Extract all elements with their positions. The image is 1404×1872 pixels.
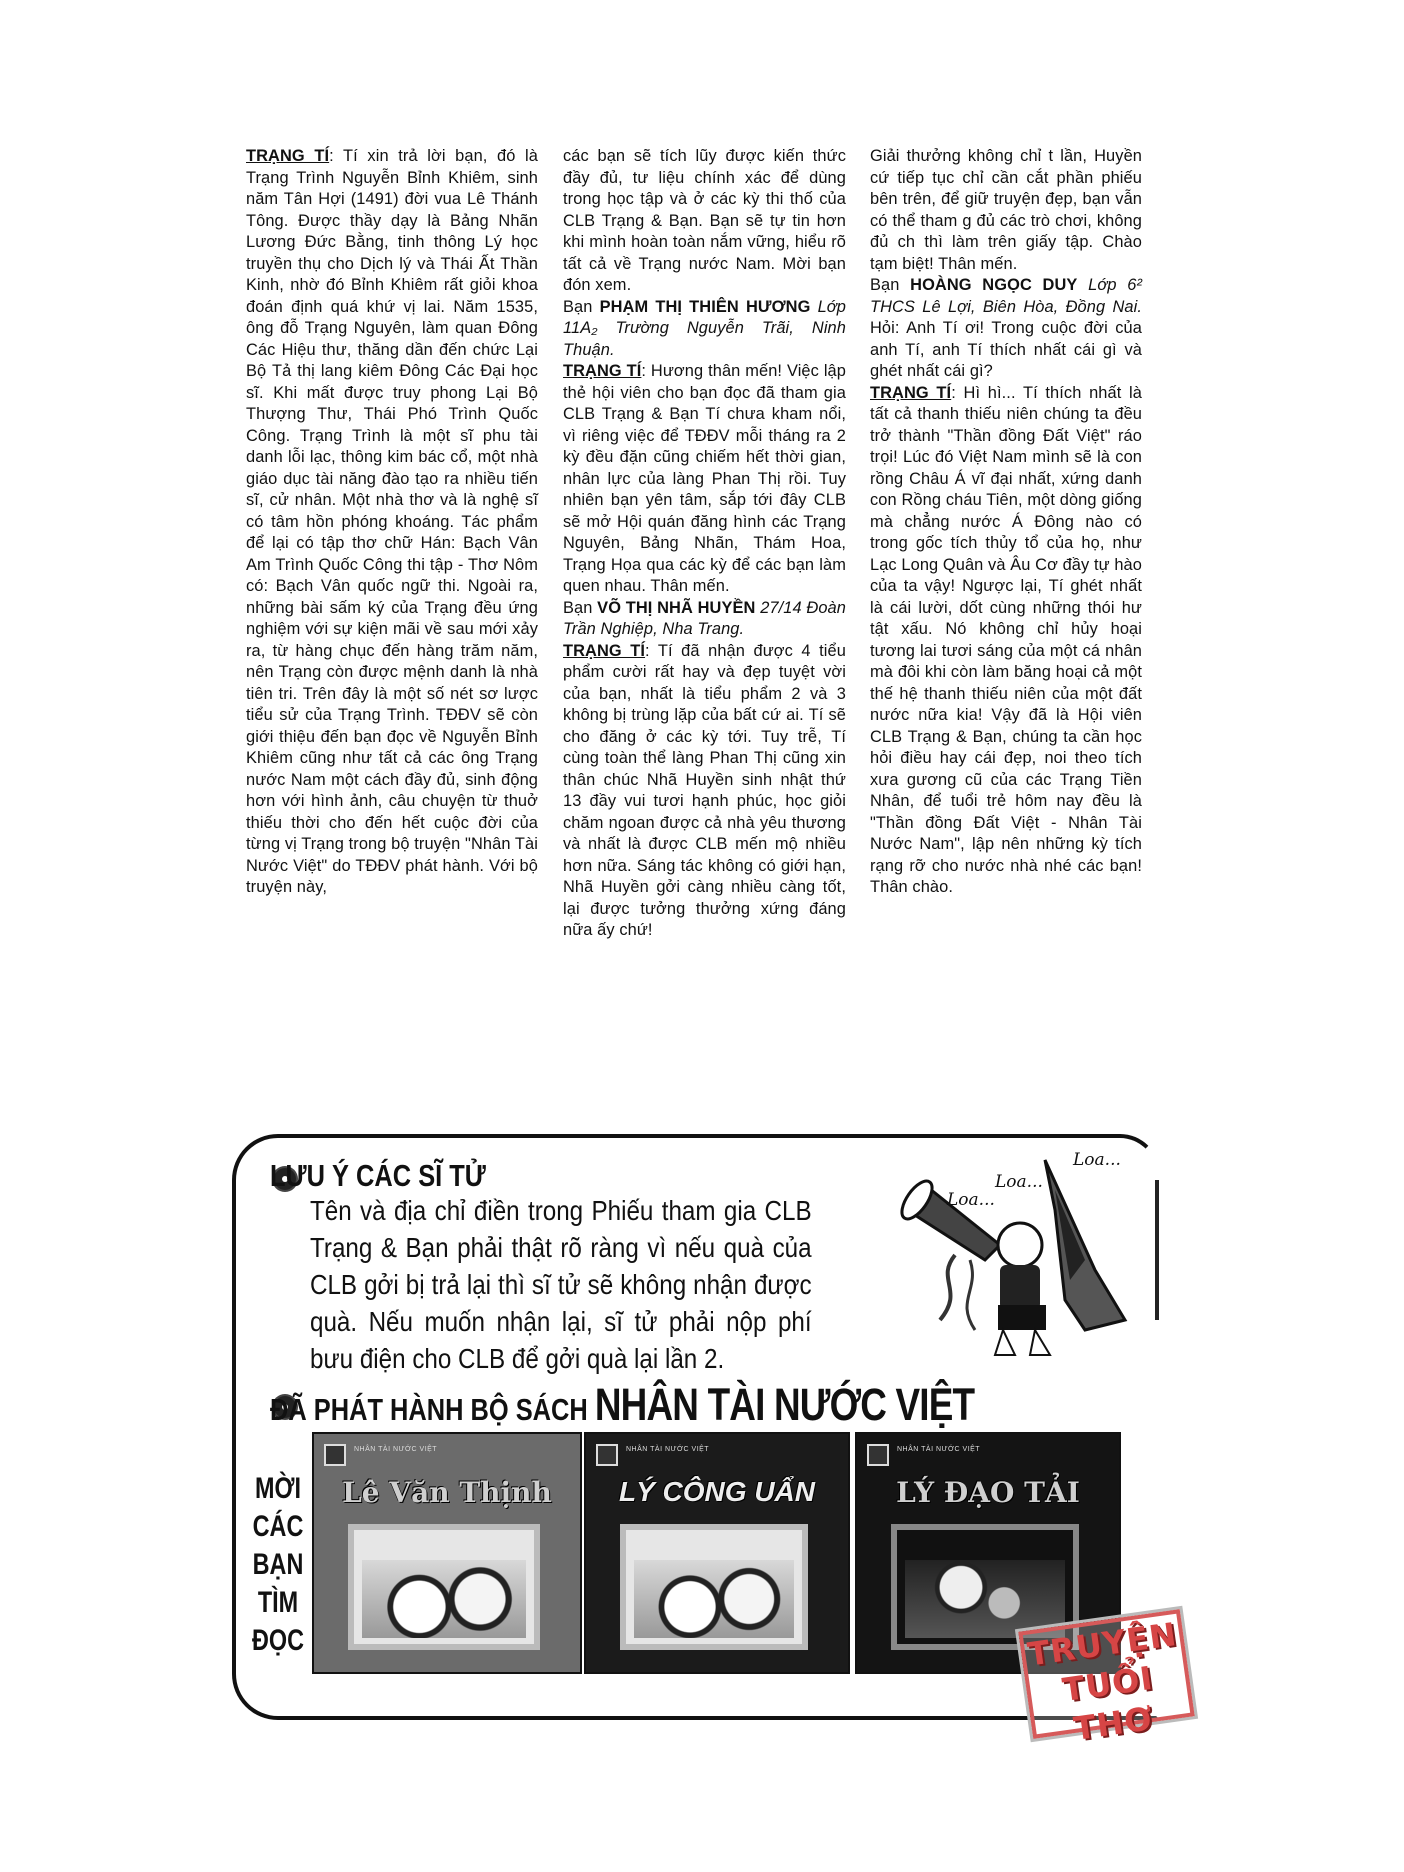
release-heading: ĐÃ PHÁT HÀNH BỘ SÁCH NHÂN TÀI NƯỚC VIỆT (270, 1379, 974, 1431)
answer-continuation: các bạn sẽ tích lũy được kiến thức đầy đ… (563, 146, 846, 297)
question-text: Hỏi: Anh Tí ơi! Trong cuộc đời của anh T… (870, 319, 1142, 380)
release-heading-prefix: ĐÃ PHÁT HÀNH BỘ SÁCH (270, 1392, 595, 1427)
notice-heading: LƯU Ý CÁC SĨ TỬ (270, 1158, 486, 1194)
book-title: LÝ ĐẠO TẢI (857, 1476, 1119, 1509)
watermark-stamp: TRUYỆN TUỔI THƠ (1018, 1609, 1194, 1739)
speaker-label: TRẠNG TÍ (563, 362, 641, 380)
book-cover-le-van-thinh: NHÂN TÀI NƯỚC VIỆT Lê Văn Thịnh (312, 1432, 582, 1674)
book-title: LÝ CÔNG UẨN (586, 1476, 848, 1508)
answer-paragraph: TRẠNG TÍ: Hương thân mến! Việc lập thẻ h… (563, 361, 846, 598)
speaker-label: TRẠNG TÍ (563, 642, 645, 660)
answer-text: : Tí đã nhận được 4 tiểu phẩm cười rất h… (563, 642, 846, 940)
book-cover-ly-cong-uan: NHÂN TÀI NƯỚC VIỆT LÝ CÔNG UẨN (584, 1432, 850, 1674)
answer-text: : Hì hì... Tí thích nhất là tất cả thanh… (870, 384, 1142, 897)
cover-illustration (620, 1524, 808, 1650)
article-column-3: Giải thưởng không chỉ t lần, Huyền cứ ti… (870, 146, 1142, 899)
mascot-sound-text: Loa... (1073, 1150, 1121, 1170)
reader-name: VÕ THỊ NHÃ HUYỀN (597, 599, 755, 617)
article-column-2: các bạn sẽ tích lũy được kiến thức đầy đ… (563, 146, 846, 942)
book-title: Lê Văn Thịnh (314, 1476, 580, 1509)
article-column-1: TRẠNG TÍ: Tí xin trả lời bạn, đó là Trạn… (246, 146, 538, 899)
reader-question: Bạn HOÀNG NGỌC DUY Lớp 6² THCS Lê Lợi, B… (870, 275, 1142, 383)
mascot-megaphone-illustration: Loa... Loa... Loa... (895, 1150, 1145, 1370)
speaker-label: TRẠNG TÍ (246, 147, 329, 165)
notice-body: Tên và địa chỉ điền trong Phiếu tham gia… (310, 1192, 812, 1377)
publisher-logo-icon (324, 1444, 346, 1466)
reader-question-header: Bạn PHẠM THỊ THIÊN HƯƠNG Lớp 11A₂ Trường… (563, 297, 846, 362)
invite-line: CÁC (251, 1508, 306, 1546)
answer-paragraph: TRẠNG TÍ: Tí xin trả lời bạn, đó là Trạn… (246, 146, 538, 899)
notice-box-edge (1155, 1180, 1159, 1320)
cover-illustration (348, 1524, 540, 1650)
book-series-label: NHÂN TÀI NƯỚC VIỆT (354, 1446, 437, 1453)
reader-name: HOÀNG NGỌC DUY (910, 276, 1077, 294)
publisher-logo-icon (596, 1444, 618, 1466)
reader-prefix: Bạn (870, 276, 910, 294)
reader-prefix: Bạn (563, 298, 600, 316)
reader-prefix: Bạn (563, 599, 597, 617)
publisher-logo-icon (867, 1444, 889, 1466)
answer-paragraph: TRẠNG TÍ: Hì hì... Tí thích nhất là tất … (870, 383, 1142, 899)
invite-text: MỜI CÁC BẠN TÌM ĐỌC (251, 1470, 306, 1660)
mascot-sound-text: Loa... (995, 1172, 1043, 1192)
answer-text: : Tí xin trả lời bạn, đó là Trạng Trình … (246, 147, 538, 896)
book-series-label: NHÂN TÀI NƯỚC VIỆT (626, 1446, 709, 1453)
answer-text: : Hương thân mến! Việc lập thẻ hội viên … (563, 362, 846, 595)
answer-continuation: Giải thưởng không chỉ t lần, Huyền cứ ti… (870, 146, 1142, 275)
invite-line: TÌM (251, 1584, 306, 1622)
reader-question-header: Bạn VÕ THỊ NHÃ HUYỀN 27/14 Đoàn Trần Ngh… (563, 598, 846, 641)
answer-paragraph: TRẠNG TÍ: Tí đã nhận được 4 tiểu phẩm cư… (563, 641, 846, 942)
book-series-label: NHÂN TÀI NƯỚC VIỆT (897, 1446, 980, 1453)
invite-line: MỜI (251, 1470, 306, 1508)
release-series-name: NHÂN TÀI NƯỚC VIỆT (595, 1379, 974, 1430)
mascot-sound-text: Loa... (947, 1190, 995, 1210)
speaker-label: TRẠNG TÍ (870, 384, 951, 402)
reader-name: PHẠM THỊ THIÊN HƯƠNG (600, 298, 811, 316)
invite-line: ĐỌC (251, 1622, 306, 1660)
invite-line: BẠN (251, 1546, 306, 1584)
